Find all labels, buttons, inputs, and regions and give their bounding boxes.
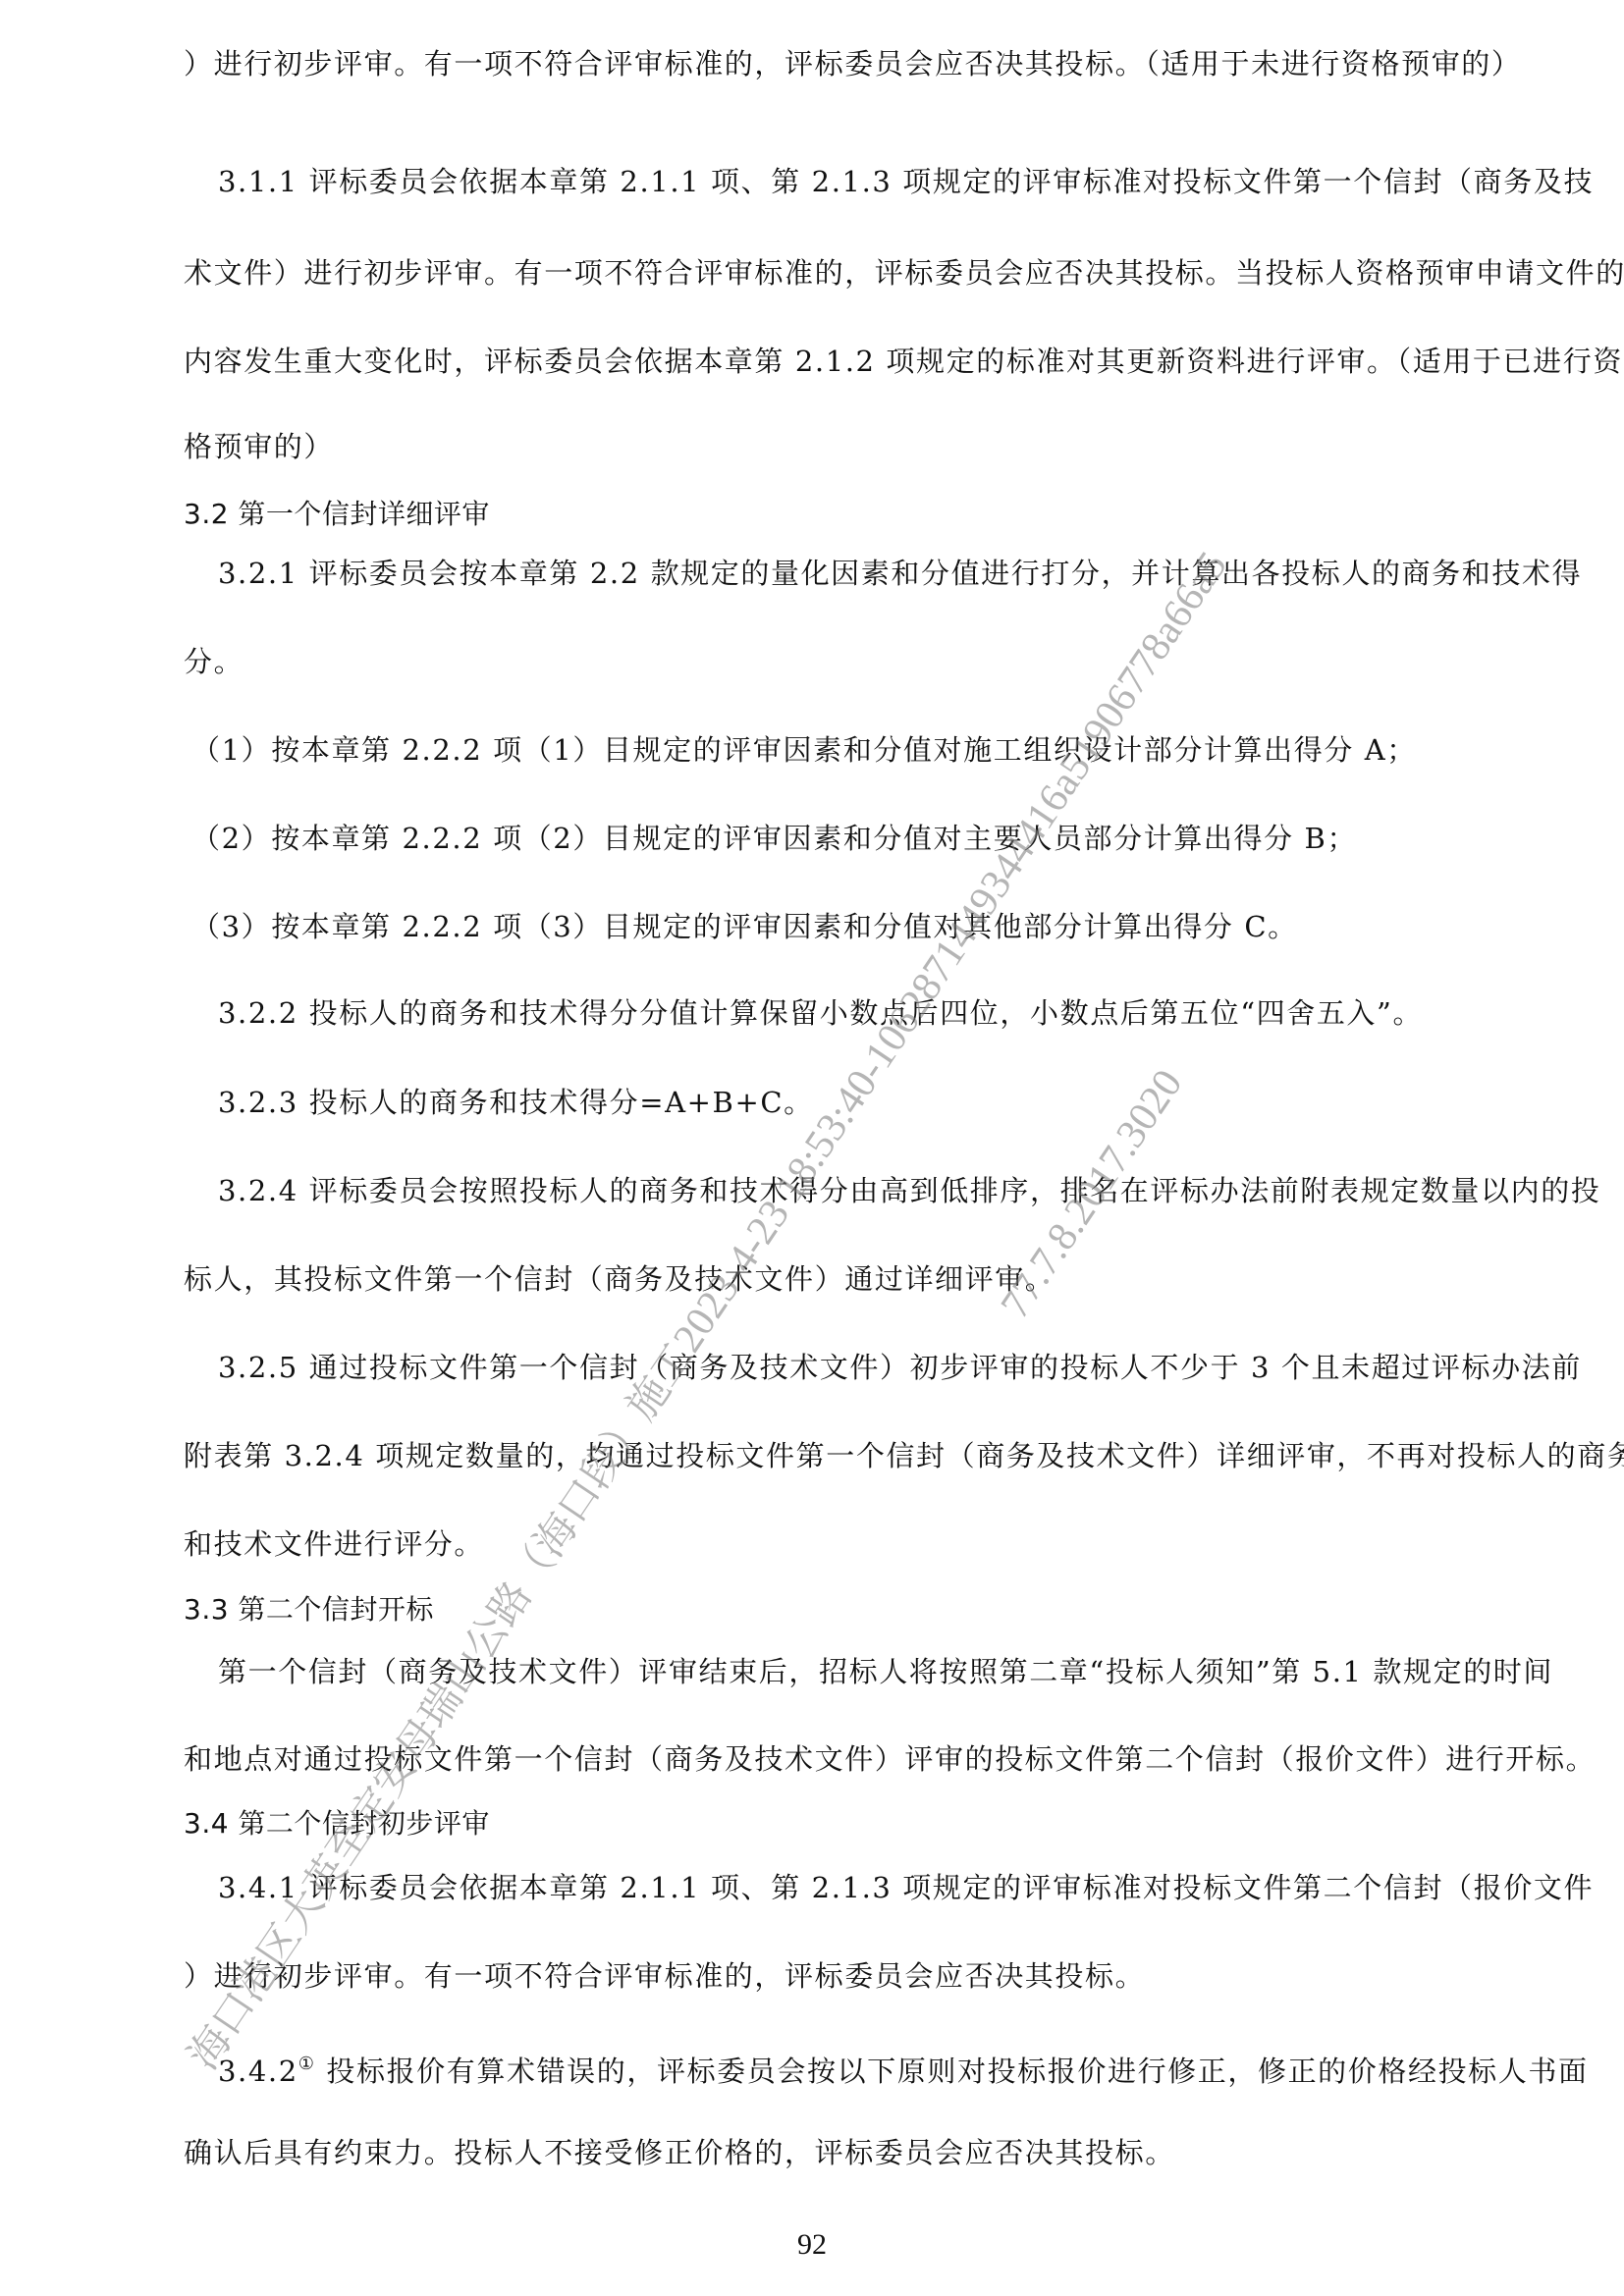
- clause-3-4-2: 3.4.2① 投标报价有算术错误的，评标委员会按以下原则对投标报价进行修正，修正…: [218, 2045, 1589, 2091]
- clause-3-2-3: 3.2.3 投标人的商务和技术得分=A+B+C。: [218, 1083, 814, 1122]
- text-line: 附表第 3.2.4 项规定数量的，均通过投标文件第一个信封（商务及技术文件）详细…: [184, 1436, 1624, 1475]
- text-line: 格预审的）: [184, 427, 334, 466]
- section-heading-3-4: 3.4 第二个信封初步评审: [184, 1804, 490, 1843]
- text-line: ）进行初步评审。有一项不符合评审标准的，评标委员会应否决其投标。（适用于未进行资…: [184, 44, 1522, 83]
- text-line: 术文件）进行初步评审。有一项不符合评审标准的，评标委员会应否决其投标。当投标人资…: [184, 253, 1624, 293]
- section-heading-3-3: 3.3 第二个信封开标: [184, 1590, 434, 1629]
- section-heading-3-2: 3.2 第一个信封详细评审: [184, 495, 490, 534]
- footnote-mark[interactable]: ①: [298, 2054, 316, 2074]
- clause-3-4-1: 3.4.1 评标委员会依据本章第 2.1.1 项、第 2.1.3 项规定的评审标…: [218, 1868, 1594, 1907]
- clause-3-2-2: 3.2.2 投标人的商务和技术得分分值计算保留小数点后四位，小数点后第五位“四舍…: [218, 993, 1423, 1033]
- text-line: 分。: [184, 642, 244, 681]
- text-line: 和技术文件进行评分。: [184, 1524, 484, 1564]
- clause-3-2-1: 3.2.1 评标委员会按本章第 2.2 款规定的量化因素和分值进行打分，并计算出…: [218, 554, 1582, 593]
- clause-text: 投标报价有算术错误的，评标委员会按以下原则对投标报价进行修正，修正的价格经投标人…: [316, 2055, 1589, 2088]
- text-line: 内容发生重大变化时，评标委员会依据本章第 2.1.2 项规定的标准对其更新资料进…: [184, 342, 1623, 381]
- list-item-2: （2）按本章第 2.2.2 项（2）目规定的评审因素和分值对主要人员部分计算出得…: [191, 819, 1357, 858]
- text-line: 和地点对通过投标文件第一个信封（商务及技术文件）评审的投标文件第二个信封（报价文…: [184, 1739, 1596, 1779]
- document-page: ）进行初步评审。有一项不符合评审标准的，评标委员会应否决其投标。（适用于未进行资…: [0, 0, 1624, 2296]
- clause-3-2-4: 3.2.4 评标委员会按照投标人的商务和技术得分由高到低排序，排名在评标办法前附…: [218, 1171, 1600, 1210]
- page-number: 92: [0, 2228, 1624, 2262]
- text-line: 确认后具有约束力。投标人不接受修正价格的，评标委员会应否决其投标。: [184, 2133, 1175, 2172]
- text-line: 标人，其投标文件第一个信封（商务及技术文件）通过详细评审。: [184, 1259, 1055, 1299]
- paragraph-3-3: 第一个信封（商务及技术文件）评审结束后，招标人将按照第二章“投标人须知”第 5.…: [218, 1652, 1553, 1691]
- clause-number: 3.4.2: [218, 2055, 298, 2088]
- clause-3-1-1: 3.1.1 评标委员会依据本章第 2.1.1 项、第 2.1.3 项规定的评审标…: [218, 162, 1594, 201]
- list-item-3: （3）按本章第 2.2.2 项（3）目规定的评审因素和分值对其他部分计算出得分 …: [191, 907, 1298, 946]
- clause-3-2-5: 3.2.5 通过投标文件第一个信封（商务及技术文件）初步评审的投标人不少于 3 …: [218, 1348, 1582, 1387]
- text-line: ）进行初步评审。有一项不符合评审标准的，评标委员会应否决其投标。: [184, 1956, 1145, 1996]
- list-item-1: （1）按本章第 2.2.2 项（1）目规定的评审因素和分值对施工组织设计部分计算…: [191, 730, 1417, 770]
